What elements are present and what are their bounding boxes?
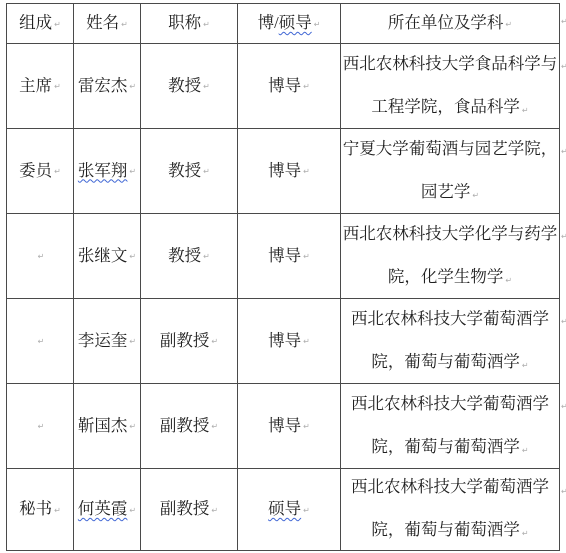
paragraph-mark-icon: ↵ bbox=[303, 337, 310, 347]
paragraph-mark-icon: ↵ bbox=[303, 82, 310, 92]
cell-name[interactable]: 雷宏杰↵ bbox=[74, 44, 141, 129]
cell-role[interactable]: ↵ bbox=[7, 214, 74, 299]
paragraph-mark-icon: ↵ bbox=[522, 429, 529, 472]
supervisor-text-spellcheck: 硕导 bbox=[268, 499, 301, 520]
paragraph-mark-icon: ↵ bbox=[203, 252, 210, 262]
paragraph-mark-icon: ↵ bbox=[303, 167, 310, 177]
title-text: 副教授 bbox=[160, 331, 210, 352]
row-end-mark-icon: ↵ bbox=[561, 17, 566, 26]
name-text: 张继文 bbox=[78, 246, 128, 267]
paragraph-mark-icon: ↵ bbox=[211, 337, 218, 347]
name-text: 李运奎 bbox=[78, 331, 128, 352]
paragraph-mark-icon: ↵ bbox=[472, 174, 479, 217]
cell-name[interactable]: 张军翔↵ bbox=[74, 129, 141, 214]
cell-title[interactable]: 副教授↵ bbox=[141, 469, 238, 551]
cell-role[interactable]: 秘书↵ bbox=[7, 469, 74, 551]
cell-supervisor[interactable]: 硕导↵ bbox=[238, 469, 341, 551]
row-end-mark-icon: ↵ bbox=[561, 62, 566, 71]
cell-name[interactable]: 李运奎↵ bbox=[74, 299, 141, 384]
unit-line2-text: 院，化学生物学 bbox=[388, 267, 504, 286]
paragraph-mark-icon: ↵ bbox=[121, 20, 128, 30]
paragraph-mark-icon: ↵ bbox=[38, 337, 45, 347]
paragraph-mark-icon: ↵ bbox=[54, 506, 61, 516]
role-text: 主席 bbox=[19, 76, 52, 97]
unit-line1: 宁夏大学葡萄酒与园艺学院， bbox=[343, 127, 558, 170]
title-text: 教授 bbox=[168, 76, 201, 97]
cell-title[interactable]: 教授↵ bbox=[141, 44, 238, 129]
unit-line1: 西北农林科技大学化学与药学 bbox=[343, 212, 558, 255]
header-label-spellcheck: 硕导 bbox=[279, 13, 312, 32]
name-text-spellcheck: 何英霞 bbox=[78, 499, 128, 520]
cell-supervisor[interactable]: 博导↵ bbox=[238, 384, 341, 469]
header-label: 所在单位及学科 bbox=[388, 13, 504, 34]
header-label: 姓名 bbox=[86, 13, 119, 34]
paragraph-mark-icon: ↵ bbox=[522, 344, 529, 387]
cell-name[interactable]: 何英霞↵ bbox=[74, 469, 141, 551]
cell-role[interactable]: ↵ bbox=[7, 384, 74, 469]
header-label-prefix: 博/ bbox=[258, 13, 279, 32]
paragraph-mark-icon: ↵ bbox=[505, 259, 512, 302]
paragraph-mark-icon: ↵ bbox=[522, 512, 529, 553]
name-text: 雷宏杰 bbox=[78, 76, 128, 97]
name-text: 靳国杰 bbox=[78, 416, 128, 437]
paragraph-mark-icon: ↵ bbox=[38, 252, 45, 262]
role-text: 委员 bbox=[19, 161, 52, 182]
cell-unit[interactable]: 西北农林科技大学葡萄酒学 院，葡萄与葡萄酒学↵ bbox=[341, 469, 560, 551]
name-text-spellcheck: 张军翔 bbox=[78, 161, 128, 182]
header-cell-title[interactable]: 职称↵ bbox=[141, 4, 238, 44]
paragraph-mark-icon: ↵ bbox=[129, 337, 136, 347]
paragraph-mark-icon: ↵ bbox=[129, 422, 136, 432]
paragraph-mark-icon: ↵ bbox=[211, 506, 218, 516]
paragraph-mark-icon: ↵ bbox=[203, 167, 210, 177]
cell-unit[interactable]: 西北农林科技大学食品科学与 工程学院，食品科学↵ bbox=[341, 44, 560, 129]
title-text: 副教授 bbox=[160, 499, 210, 520]
unit-line2-text: 院，葡萄与葡萄酒学 bbox=[371, 437, 520, 456]
header-label: 组成 bbox=[19, 13, 52, 34]
cell-supervisor[interactable]: 博导↵ bbox=[238, 129, 341, 214]
unit-line2-text: 工程学院，食品科学 bbox=[371, 97, 520, 116]
row-end-mark-icon: ↵ bbox=[561, 232, 566, 241]
paragraph-mark-icon: ↵ bbox=[314, 20, 321, 30]
cell-title[interactable]: 教授↵ bbox=[141, 214, 238, 299]
header-label: 博/硕导 bbox=[258, 13, 312, 34]
unit-line2-text: 院，葡萄与葡萄酒学 bbox=[371, 352, 520, 371]
cell-supervisor[interactable]: 博导↵ bbox=[238, 214, 341, 299]
cell-role[interactable]: 主席↵ bbox=[7, 44, 74, 129]
header-cell-role[interactable]: 组成↵ bbox=[7, 4, 74, 44]
row-end-mark-icon: ↵ bbox=[561, 402, 566, 411]
unit-line2: 工程学院，食品科学↵ bbox=[371, 85, 528, 131]
supervisor-text: 博导 bbox=[268, 76, 301, 97]
paragraph-mark-icon: ↵ bbox=[54, 167, 61, 177]
unit-line1: 西北农林科技大学食品科学与 bbox=[343, 42, 558, 85]
cell-supervisor[interactable]: 博导↵ bbox=[238, 299, 341, 384]
row-end-mark-icon: ↵ bbox=[561, 317, 566, 326]
paragraph-mark-icon: ↵ bbox=[505, 20, 512, 30]
cell-role[interactable]: 委员↵ bbox=[7, 129, 74, 214]
unit-line2-text: 院，葡萄与葡萄酒学 bbox=[371, 520, 520, 539]
paragraph-mark-icon: ↵ bbox=[129, 82, 136, 92]
title-text: 教授 bbox=[168, 246, 201, 267]
paragraph-mark-icon: ↵ bbox=[38, 422, 45, 432]
committee-table: 组成↵ 姓名↵ 职称↵ 博/硕导↵ 所在单位及学科↵ 主席↵ 雷宏杰↵ 教授↵ … bbox=[6, 3, 560, 551]
supervisor-text: 博导 bbox=[268, 161, 301, 182]
title-text: 教授 bbox=[168, 161, 201, 182]
row-end-mark-icon: ↵ bbox=[561, 487, 566, 496]
cell-unit[interactable]: 西北农林科技大学葡萄酒学 院，葡萄与葡萄酒学↵ bbox=[341, 384, 560, 469]
paragraph-mark-icon: ↵ bbox=[129, 252, 136, 262]
supervisor-text: 博导 bbox=[268, 331, 301, 352]
header-cell-unit[interactable]: 所在单位及学科↵ bbox=[341, 4, 560, 44]
unit-line2: 院，葡萄与葡萄酒学↵ bbox=[371, 425, 528, 471]
paragraph-mark-icon: ↵ bbox=[522, 89, 529, 132]
row-end-mark-icon: ↵ bbox=[561, 147, 566, 156]
header-cell-supervisor[interactable]: 博/硕导↵ bbox=[238, 4, 341, 44]
cell-title[interactable]: 教授↵ bbox=[141, 129, 238, 214]
paragraph-mark-icon: ↵ bbox=[303, 422, 310, 432]
role-text: 秘书 bbox=[19, 499, 52, 520]
unit-line1: 西北农林科技大学葡萄酒学 bbox=[351, 382, 549, 425]
title-text: 副教授 bbox=[160, 416, 210, 437]
cell-supervisor[interactable]: 博导↵ bbox=[238, 44, 341, 129]
cell-role[interactable]: ↵ bbox=[7, 299, 74, 384]
header-label: 职称 bbox=[168, 13, 201, 34]
unit-line2: 院，葡萄与葡萄酒学↵ bbox=[371, 508, 528, 553]
unit-line2: 院，化学生物学↵ bbox=[388, 255, 512, 301]
paragraph-mark-icon: ↵ bbox=[211, 422, 218, 432]
paragraph-mark-icon: ↵ bbox=[129, 506, 136, 516]
unit-line1: 西北农林科技大学葡萄酒学 bbox=[351, 297, 549, 340]
paragraph-mark-icon: ↵ bbox=[203, 20, 210, 30]
cell-title[interactable]: 副教授↵ bbox=[141, 384, 238, 469]
cell-name[interactable]: 靳国杰↵ bbox=[74, 384, 141, 469]
supervisor-text: 博导 bbox=[268, 246, 301, 267]
paragraph-mark-icon: ↵ bbox=[303, 506, 310, 516]
cell-unit[interactable]: 西北农林科技大学化学与药学 院，化学生物学↵ bbox=[341, 214, 560, 299]
unit-line1: 西北农林科技大学葡萄酒学 bbox=[351, 465, 549, 508]
header-cell-name[interactable]: 姓名↵ bbox=[74, 4, 141, 44]
paragraph-mark-icon: ↵ bbox=[203, 82, 210, 92]
unit-line2: 院，葡萄与葡萄酒学↵ bbox=[371, 340, 528, 386]
cell-name[interactable]: 张继文↵ bbox=[74, 214, 141, 299]
cell-unit[interactable]: 宁夏大学葡萄酒与园艺学院， 园艺学↵ bbox=[341, 129, 560, 214]
cell-title[interactable]: 副教授↵ bbox=[141, 299, 238, 384]
cell-unit[interactable]: 西北农林科技大学葡萄酒学 院，葡萄与葡萄酒学↵ bbox=[341, 299, 560, 384]
paragraph-mark-icon: ↵ bbox=[54, 82, 61, 92]
paragraph-mark-icon: ↵ bbox=[303, 252, 310, 262]
unit-line2-text: 园艺学 bbox=[421, 182, 471, 201]
unit-line2: 园艺学↵ bbox=[421, 170, 479, 216]
paragraph-mark-icon: ↵ bbox=[129, 167, 136, 177]
supervisor-text: 博导 bbox=[268, 416, 301, 437]
paragraph-mark-icon: ↵ bbox=[54, 20, 61, 30]
